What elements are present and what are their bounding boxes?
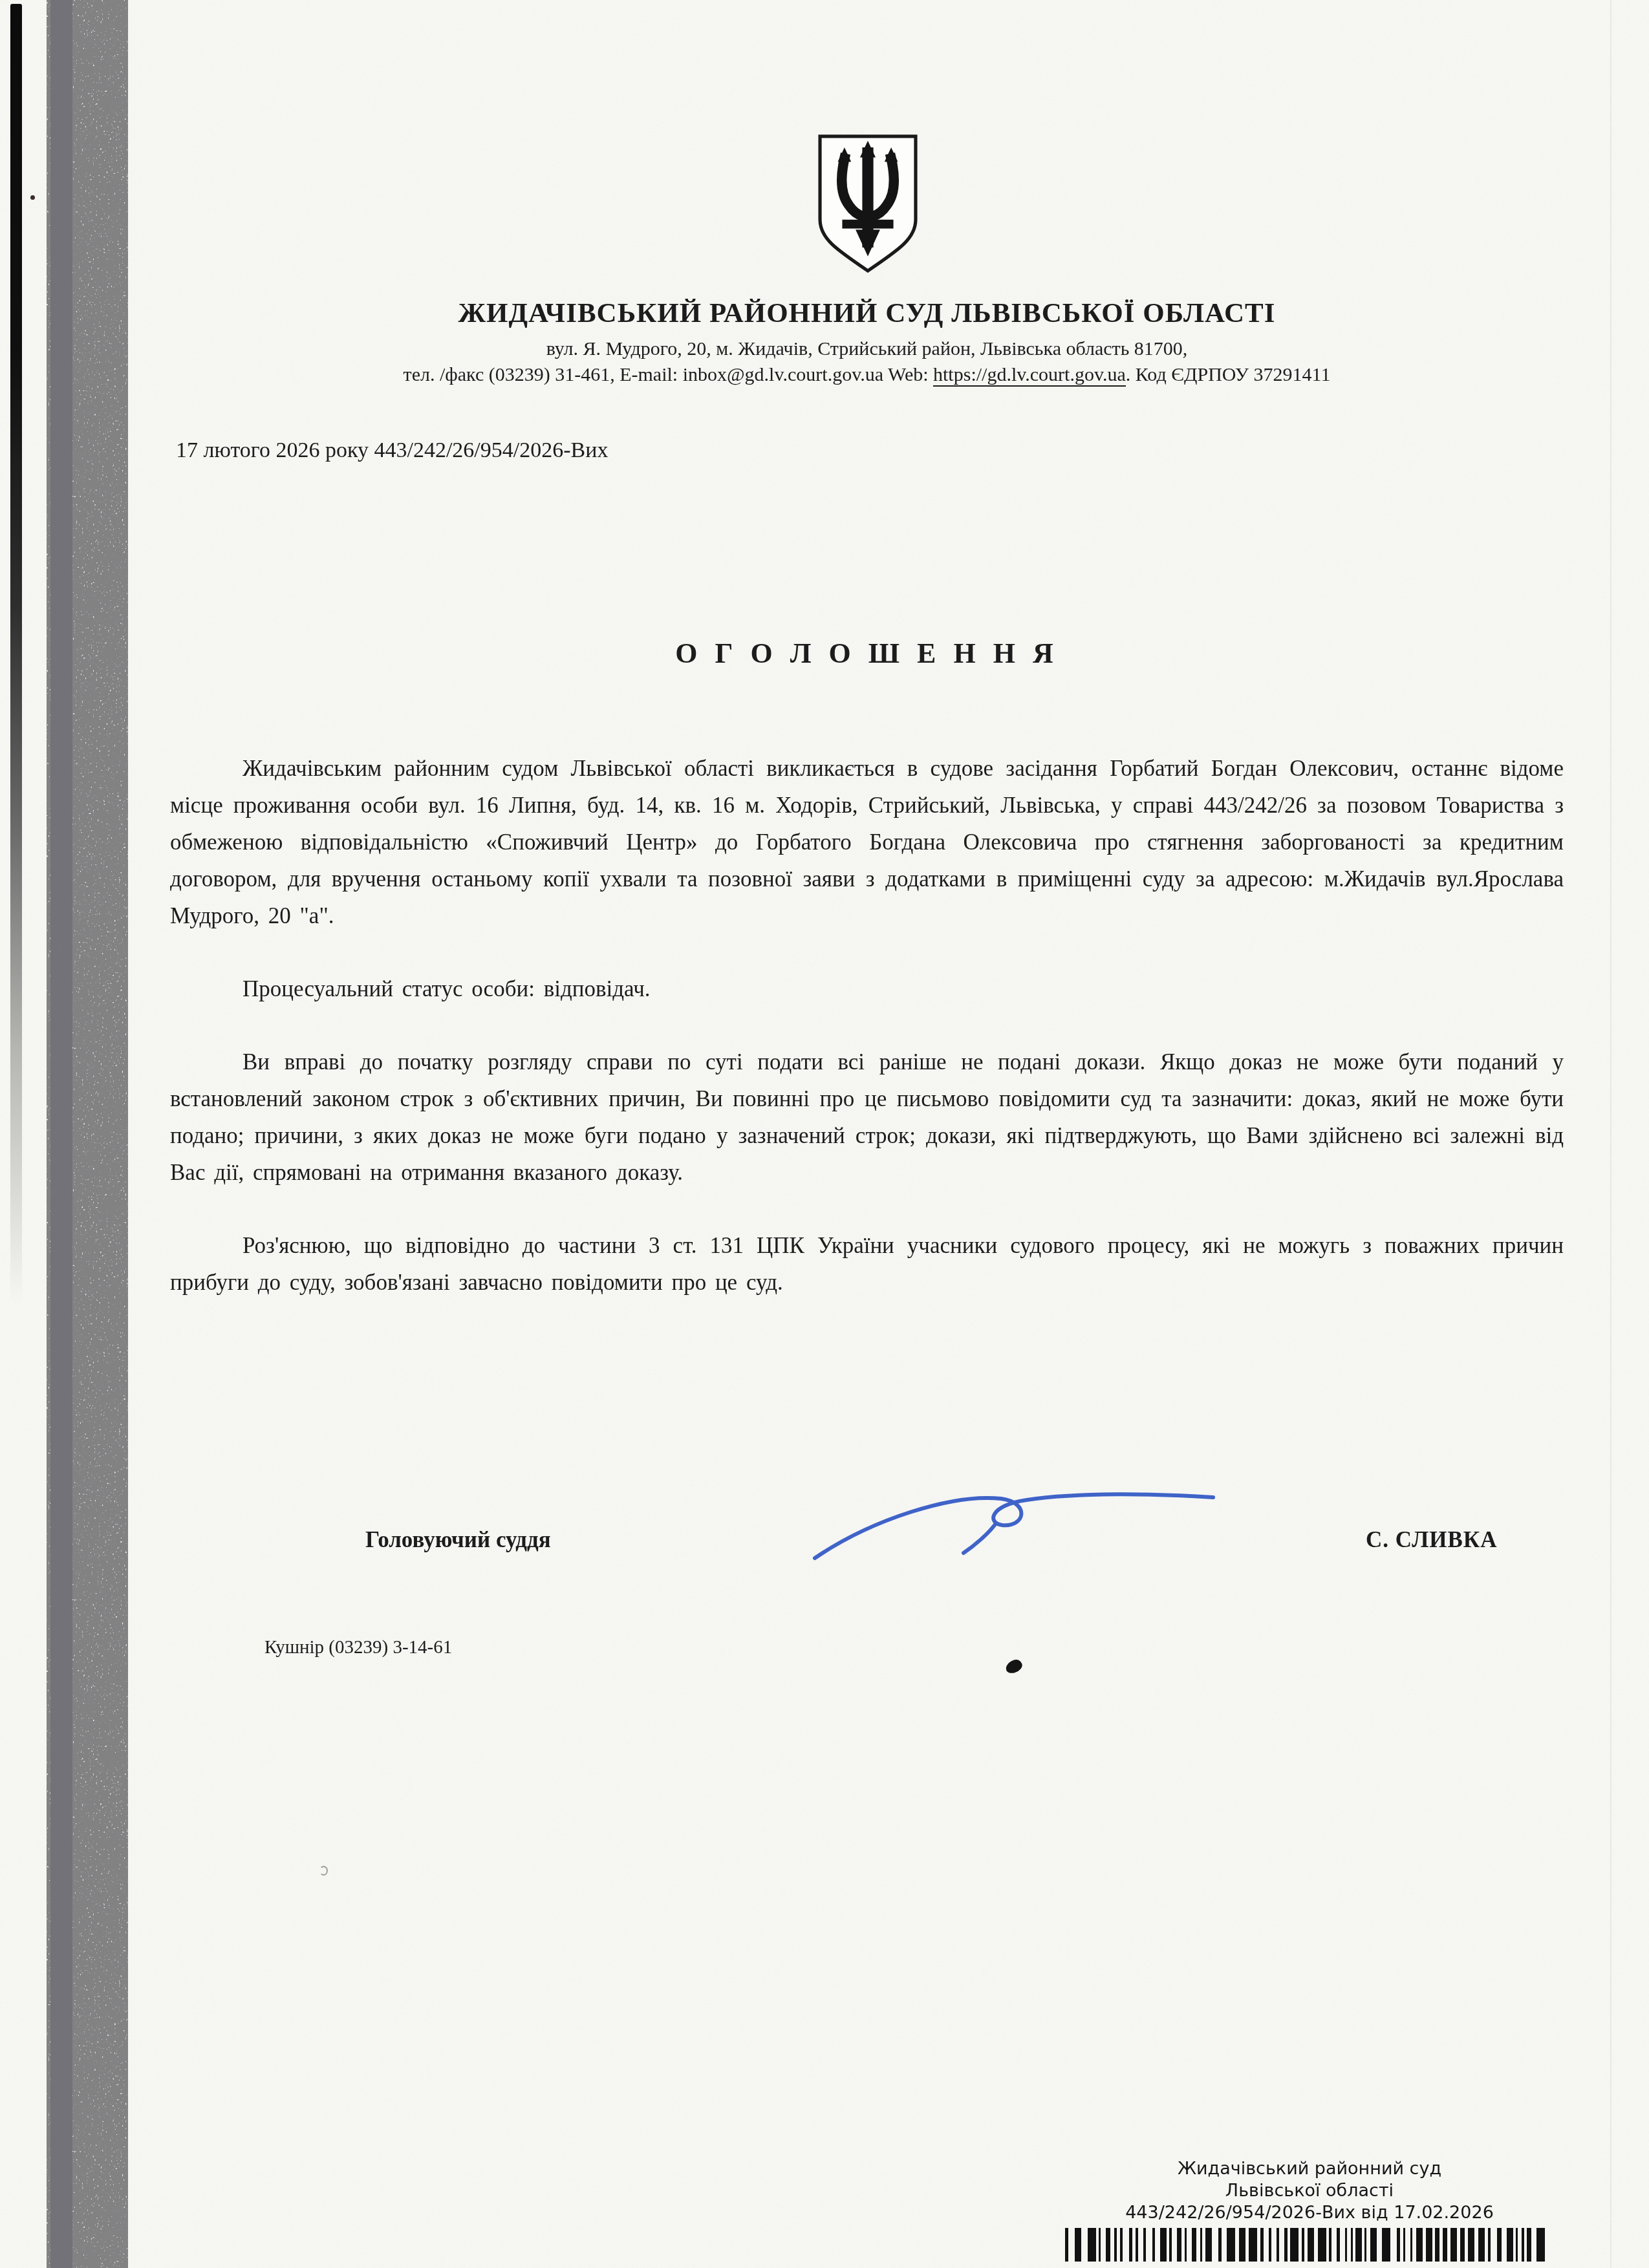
scan-speck: [30, 195, 35, 200]
court-address: вул. Я. Мудрого, 20, м. Жидачів, Стрийсь…: [170, 338, 1564, 360]
document-body: Жидачівським районним судом Львівської о…: [170, 750, 1564, 1337]
scanned-court-document: ЖИДАЧІВСЬКИЙ РАЙОННИЙ СУД ЛЬВІВСЬКОЇ ОБЛ…: [0, 0, 1649, 2268]
date-reference-line: 17 лютого 2026 року 443/242/26/954/2026-…: [176, 438, 608, 463]
ink-blot-artifact: [1004, 1658, 1024, 1674]
footer-reference-line: 443/242/26/954/2026-Вих від 17.02.2026: [1064, 2202, 1555, 2224]
court-contacts: тел. /факс (03239) 31-461, E-mail: inbox…: [170, 364, 1564, 386]
registration-footer: Жидачівський районний суд Львівської обл…: [1064, 2158, 1555, 2262]
body-paragraph-evidence: Ви вправі до початку розгляду справи по …: [170, 1043, 1564, 1191]
ukraine-coat-of-arms-icon: [812, 129, 923, 277]
judge-signature-ink: [801, 1486, 1229, 1562]
footer-court-line1: Жидачівський районний суд: [1064, 2158, 1555, 2180]
scan-edge-strip: [10, 4, 22, 1588]
court-name: ЖИДАЧІВСЬКИЙ РАЙОННИЙ СУД ЛЬВІВСЬКОЇ ОБЛ…: [170, 297, 1564, 329]
scan-noise-band: [38, 0, 135, 2268]
body-paragraph-notice: Роз'яснюю, що відповідно до частини 3 ст…: [170, 1227, 1564, 1301]
footer-court-line2: Львівської області: [1064, 2180, 1555, 2202]
executor-contact-line: Кушнір (03239) 3-14-61: [264, 1637, 452, 1658]
contact-suffix: . Код ЄДРПОУ 37291411: [1126, 364, 1331, 385]
court-website: https://gd.lv.court.gov.ua: [933, 364, 1126, 387]
contact-prefix: тел. /факс (03239) 31-461, E-mail: inbox…: [404, 364, 933, 385]
scan-right-line: [1610, 0, 1611, 2268]
body-paragraph-summons: Жидачівським районним судом Львівської о…: [170, 750, 1564, 934]
signature-role-label: Головуючий суддя: [365, 1527, 551, 1553]
document-title: О Г О Л О Ш Е Н Н Я: [170, 637, 1564, 670]
letterhead: ЖИДАЧІВСЬКИЙ РАЙОННИЙ СУД ЛЬВІВСЬКОЇ ОБЛ…: [170, 297, 1564, 386]
scan-speck: [319, 1866, 328, 1876]
signature-name: С. СЛИВКА: [1366, 1527, 1497, 1553]
body-paragraph-status: Процесуальний статус особи: відповідач.: [170, 970, 1564, 1007]
barcode: [1065, 2228, 1554, 2262]
